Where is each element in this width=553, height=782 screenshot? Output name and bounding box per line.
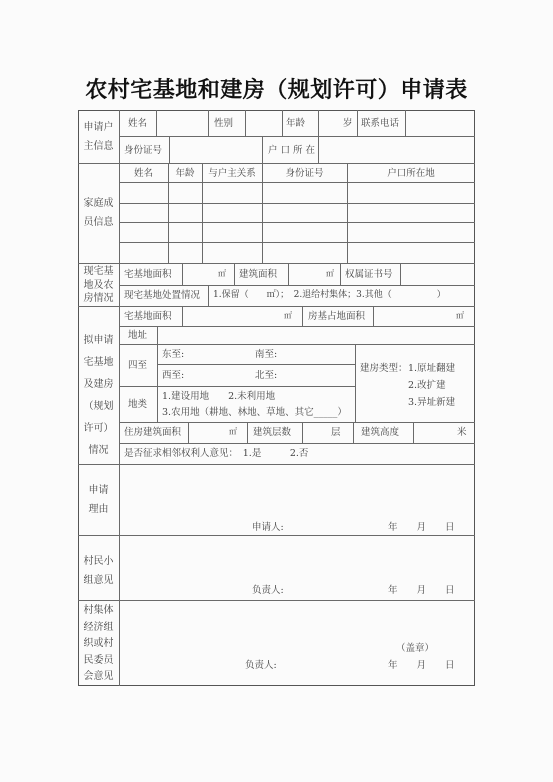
label-line: 宅基地 xyxy=(78,352,119,374)
hukou-label: 户 口 所 在 xyxy=(268,145,315,156)
label-line: 申请户 xyxy=(78,118,119,137)
land-type-label: 地类 xyxy=(128,399,147,410)
family-col-age: 年龄 xyxy=(168,168,202,179)
neighbor-consent[interactable]: 是否征求相邻权利人意见： 1.是 2.否 xyxy=(124,448,308,459)
section-label-proposed: 拟申请 宅基地 及建房 （规划 许可） 情况 xyxy=(78,330,119,462)
applicant-hukou-field[interactable] xyxy=(319,137,474,162)
form-title: 农村宅基地和建房（规划许可）申请表 xyxy=(0,73,553,104)
divider xyxy=(357,110,358,136)
label-line: 会意见 xyxy=(78,669,119,686)
gender-label: 性别 xyxy=(214,118,233,129)
family-col-name: 姓名 xyxy=(119,168,168,179)
label-line: 织或村 xyxy=(78,636,119,653)
label-line: 村集体 xyxy=(78,603,119,620)
age-label: 年龄 xyxy=(286,118,305,129)
divider xyxy=(119,443,475,444)
divider xyxy=(353,422,354,443)
west-label: 西至: xyxy=(162,370,184,381)
current-building-area-label: 建筑面积 xyxy=(239,269,277,280)
section-label-current: 现宅基 地及农 房情况 xyxy=(78,265,119,306)
label-line: 家庭成 xyxy=(78,194,119,213)
family-col-relation: 与户主关系 xyxy=(202,168,262,179)
family-row-4[interactable] xyxy=(120,243,475,263)
divider xyxy=(355,344,356,422)
current-homestead-area-label: 宅基地面积 xyxy=(124,269,172,280)
label-line: 申请 xyxy=(78,481,119,500)
family-row-3[interactable] xyxy=(120,223,475,242)
label-line: 村民小 xyxy=(78,552,119,571)
phone-label: 联系电话 xyxy=(361,118,399,129)
group-opinion-textarea[interactable] xyxy=(120,536,474,582)
land-type-line2[interactable]: 3.农用地（耕地、林地、草地、其它_____） xyxy=(162,407,347,418)
section-label-applicant: 申请户 主信息 xyxy=(78,118,119,156)
floor-area-field[interactable] xyxy=(189,423,246,442)
south-label: 南至: xyxy=(255,349,277,360)
age-unit: 岁 xyxy=(343,118,353,129)
area-unit: ㎡ xyxy=(218,268,226,279)
label-line: 情况 xyxy=(78,440,119,462)
address-label: 地址 xyxy=(128,330,147,341)
family-row-1[interactable] xyxy=(120,183,475,202)
reason-date: 年 月 日 xyxy=(388,522,455,533)
divider xyxy=(234,263,235,285)
village-date: 年 月 日 xyxy=(388,660,455,671)
height-unit: 米 xyxy=(457,427,467,438)
divider xyxy=(119,285,475,286)
cert-label: 权属证书号 xyxy=(345,269,393,280)
reason-textarea[interactable] xyxy=(120,465,474,519)
section-label-village: 村集体 经济组 织或村 民委员 会意见 xyxy=(78,603,119,686)
floors-unit: 层 xyxy=(331,427,341,438)
divider xyxy=(282,110,283,136)
cert-field[interactable] xyxy=(401,264,474,284)
applicant-id-field[interactable] xyxy=(170,137,261,162)
area-unit: ㎡ xyxy=(326,268,334,279)
applicant-signer-label: 申请人: xyxy=(252,522,284,533)
label-line: 房情况 xyxy=(78,292,119,306)
label-line: 理由 xyxy=(78,500,119,519)
footprint-label: 房基占地面积 xyxy=(308,311,365,322)
village-opinion-textarea[interactable] xyxy=(120,601,474,641)
east-label: 东至: xyxy=(162,349,184,360)
name-label: 姓名 xyxy=(128,118,147,129)
floor-area-label: 住房建筑面积 xyxy=(124,427,181,438)
section-label-family: 家庭成 员信息 xyxy=(78,194,119,232)
label-line: 民委员 xyxy=(78,653,119,670)
build-type-option-3[interactable]: 3.异址新建 xyxy=(408,397,455,408)
label-line: 及建房 xyxy=(78,374,119,396)
height-label: 建筑高度 xyxy=(361,427,399,438)
group-signer-label: 负责人: xyxy=(252,585,284,596)
group-date: 年 月 日 xyxy=(388,585,455,596)
family-col-hukou: 户口所在地 xyxy=(347,168,475,179)
label-line: 经济组 xyxy=(78,620,119,637)
label-line: （规划 xyxy=(78,396,119,418)
applicant-name-field[interactable] xyxy=(157,111,207,135)
boundary-label: 四至 xyxy=(128,360,147,371)
area-unit: ㎡ xyxy=(229,426,237,437)
floors-label: 建筑层数 xyxy=(253,427,291,438)
id-label: 身份证号 xyxy=(124,145,162,156)
divider xyxy=(119,344,475,345)
divider xyxy=(262,136,263,163)
disposal-options[interactable]: 1.保留（ ㎡）； 2.退给村集体；3.其他（ ） xyxy=(213,290,446,301)
applicant-phone-field[interactable] xyxy=(406,111,474,135)
label-line: 主信息 xyxy=(78,137,119,156)
divider xyxy=(208,110,209,136)
divider xyxy=(78,163,475,164)
area-unit: ㎡ xyxy=(456,310,464,321)
family-col-id: 身份证号 xyxy=(262,168,347,179)
label-line: 拟申请 xyxy=(78,330,119,352)
build-type-option-2[interactable]: 2.改扩建 xyxy=(408,380,446,391)
north-label: 北至: xyxy=(255,370,277,381)
label-line: 组意见 xyxy=(78,571,119,590)
divider xyxy=(340,263,341,285)
seal-label: （盖章） xyxy=(396,643,434,654)
divider xyxy=(302,306,303,326)
proposed-homestead-area-label: 宅基地面积 xyxy=(124,311,172,322)
label-line: 员信息 xyxy=(78,213,119,232)
land-type-line1[interactable]: 1.建设用地 2.未利用地 xyxy=(162,391,275,402)
label-line: 现宅基 xyxy=(78,265,119,279)
disposal-label: 现宅基地处置情况 xyxy=(124,290,200,301)
divider xyxy=(208,285,209,306)
family-row-2[interactable] xyxy=(120,204,475,222)
divider xyxy=(247,422,248,443)
floors-field[interactable] xyxy=(303,423,352,442)
divider xyxy=(157,364,355,365)
section-label-group: 村民小 组意见 xyxy=(78,552,119,590)
address-field[interactable] xyxy=(158,327,474,343)
area-unit: ㎡ xyxy=(284,310,292,321)
label-line: 地及农 xyxy=(78,279,119,293)
applicant-gender-field[interactable] xyxy=(246,111,281,135)
divider xyxy=(119,386,355,387)
build-type-label: 建房类型： xyxy=(360,363,408,374)
build-type-option-1[interactable]: 1.原址翻建 xyxy=(408,363,455,374)
label-line: 许可） xyxy=(78,418,119,440)
section-label-reason: 申请 理由 xyxy=(78,481,119,519)
village-signer-label: 负责人: xyxy=(245,660,277,671)
